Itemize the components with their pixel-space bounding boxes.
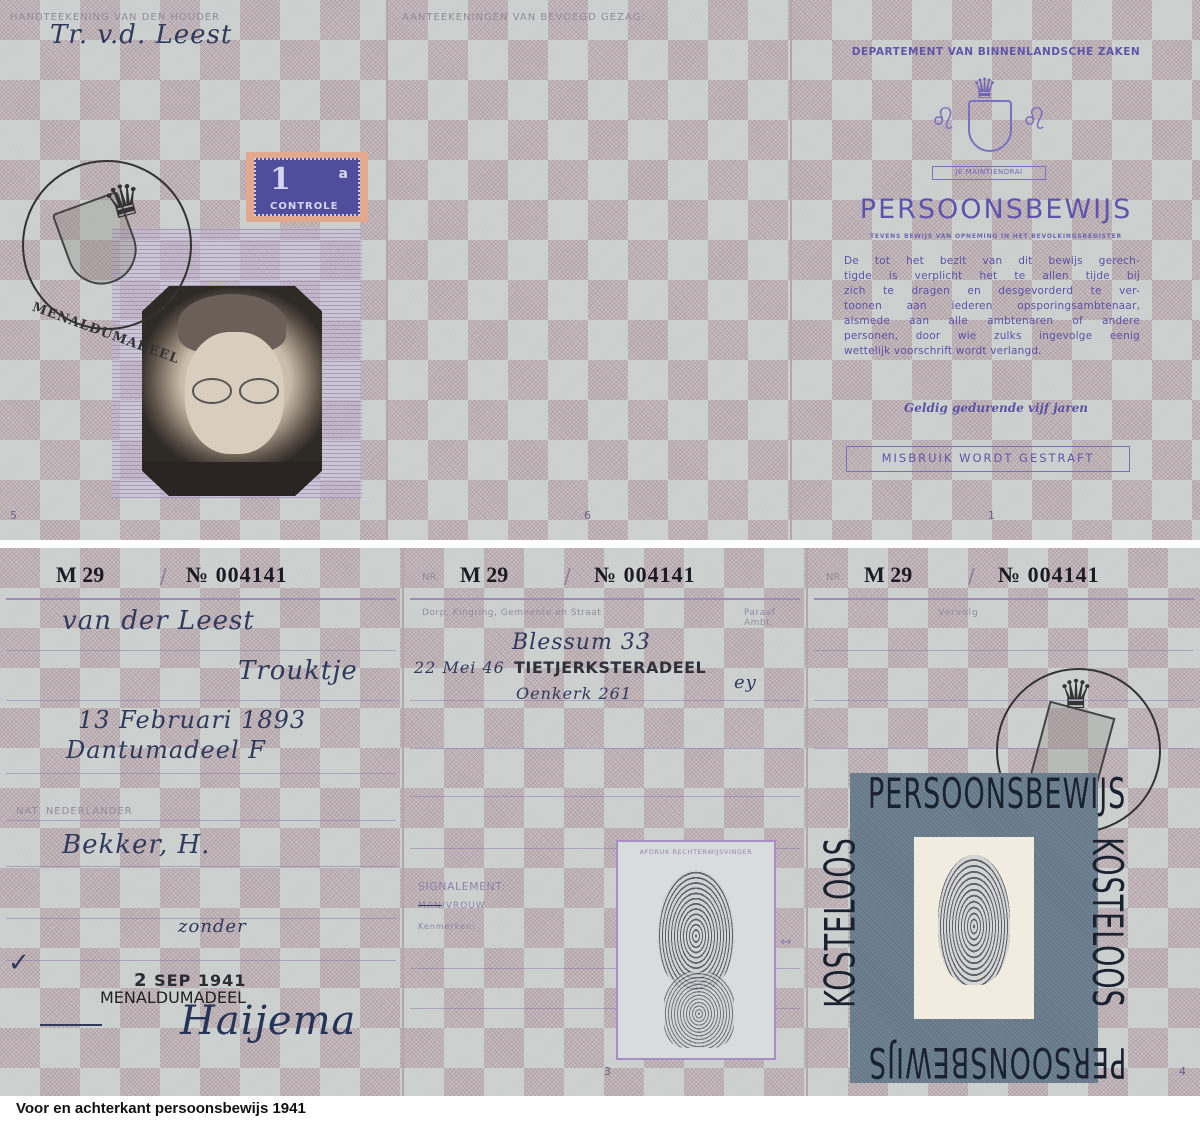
tax-stamp-word: CONTROLE: [270, 201, 338, 212]
address-date-entry: 22 Mei 46: [414, 658, 505, 677]
crown-icon: ♛: [1058, 672, 1094, 718]
serial-numero: № 004141: [186, 562, 288, 588]
serial-number: NR. M 29 / № 004141: [808, 562, 1200, 590]
front-spread: HANDTEEKENING VAN DEN HOUDER Tr. v.d. Le…: [0, 0, 1200, 540]
sex-label: MAN/VROUW: [418, 901, 486, 911]
back-middle-page: NR. M 29 / № 004141 Dorp, Kingring, Geme…: [404, 548, 808, 1096]
fingerprint-icon: [938, 855, 1010, 985]
tax-stamp-letter: a: [339, 166, 348, 182]
address-entry: Blessum 33: [512, 630, 651, 655]
back-right-page: NR. M 29 / № 004141 Vervolg ♛ PERSOONSBE…: [808, 548, 1200, 1096]
glasses-icon: [192, 378, 232, 403]
page-number: 6: [584, 509, 591, 522]
tax-stamp: 1 a CONTROLE: [246, 152, 368, 222]
notes-heading: AANTEEKENINGEN VAN BEVOEGD GEZAG:: [402, 12, 646, 23]
fingerprint-box: AFDRUK RECHTERWIJSVINGER: [616, 840, 776, 1060]
serial-number: M 29 / № 004141: [0, 562, 402, 590]
birth-date-entry: 13 Februari 1893: [78, 706, 306, 734]
check-mark-icon: ✓: [8, 948, 30, 978]
coat-of-arms-icon: ♛ ♌ ♌ JE MAINTIENDRAI: [924, 72, 1054, 182]
birth-place-entry: Dantumadeel F: [66, 736, 266, 764]
page-number: 3: [604, 1065, 611, 1078]
serial-numero: № 004141: [998, 562, 1100, 588]
municipal-seal: ♛ MENALDUMADEEL: [22, 160, 192, 330]
remarks-entry: zonder: [178, 916, 247, 937]
portrait-photo: [142, 286, 322, 496]
misuse-warning: MISBRUIK WORDT GESTRAFT: [846, 446, 1130, 472]
front-left-page: HANDTEEKENING VAN DEN HOUDER Tr. v.d. Le…: [0, 0, 388, 540]
first-name-entry: Trouktje: [238, 656, 358, 686]
fingerprint-label: AFDRUK RECHTERWIJSVINGER: [618, 848, 774, 856]
document-notice: De tot het bezit van dit bewijs gerech- …: [844, 254, 1140, 359]
official-initials: ey: [734, 672, 757, 693]
serial-series: M 29: [460, 562, 508, 588]
front-middle-page: AANTEEKENINGEN VAN BEVOEGD GEZAG: 6: [388, 0, 792, 540]
department-title: DEPARTEMENT VAN BINNENLANDSCHE ZAKEN: [792, 46, 1200, 58]
page-number: 5: [10, 509, 17, 522]
front-cover-page: DEPARTEMENT VAN BINNENLANDSCHE ZAKEN ♛ ♌…: [792, 0, 1200, 540]
description-heading: SIGNALEMENT:: [418, 880, 505, 893]
serial-series: M 29: [864, 562, 912, 588]
free-of-charge-stamp: PERSOONSBEWIJS KOSTELOOS KOSTELOOS PERSO…: [850, 773, 1098, 1083]
initials-label: Paraaf Ambt.: [744, 608, 806, 628]
back-left-page: M 29 / № 004141 van der Leest Trouktje 1…: [0, 548, 404, 1096]
municipality-stamp: TIETJERKSTERADEEL: [514, 658, 706, 677]
fingerprint-window: [914, 837, 1034, 1019]
page-number: 4: [1179, 1065, 1186, 1078]
nationality-label: NAT. NEDERLANDER: [16, 806, 133, 817]
surname-entry: van der Leest: [62, 606, 255, 636]
page-number: 1: [988, 509, 995, 522]
serial-number: NR. M 29 / № 004141: [404, 562, 806, 590]
continuation-label: Vervolg: [938, 608, 979, 618]
caption: Voor en achterkant persoonsbewijs 1941: [16, 1100, 306, 1117]
address-label: Dorp, Kingring, Gemeente en Straat: [422, 608, 601, 618]
document-subtitle: TEVENS BEWIJS VAN OPNEMING IN HET BEVOLK…: [792, 233, 1200, 240]
document-title: PERSOONSBEWIJS: [792, 194, 1200, 225]
back-spread: M 29 / № 004141 van der Leest Trouktje 1…: [0, 548, 1200, 1096]
holder-signature: Tr. v.d. Leest: [50, 20, 232, 50]
serial-numero: № 004141: [594, 562, 696, 588]
serial-series: M 29: [56, 562, 104, 588]
name-entry: Bekker, H.: [62, 830, 210, 860]
address-entry-2: Oenkerk 261: [516, 684, 632, 703]
tax-stamp-value: 1: [270, 162, 291, 197]
arms-motto: JE MAINTIENDRAI: [932, 166, 1046, 180]
official-signature: Haijema: [180, 998, 356, 1044]
marks-label: Kenmerken:: [418, 922, 476, 931]
arrow-icon: ↔: [780, 934, 792, 950]
validity-text: Geldig gedurende vijf jaren: [792, 401, 1200, 415]
